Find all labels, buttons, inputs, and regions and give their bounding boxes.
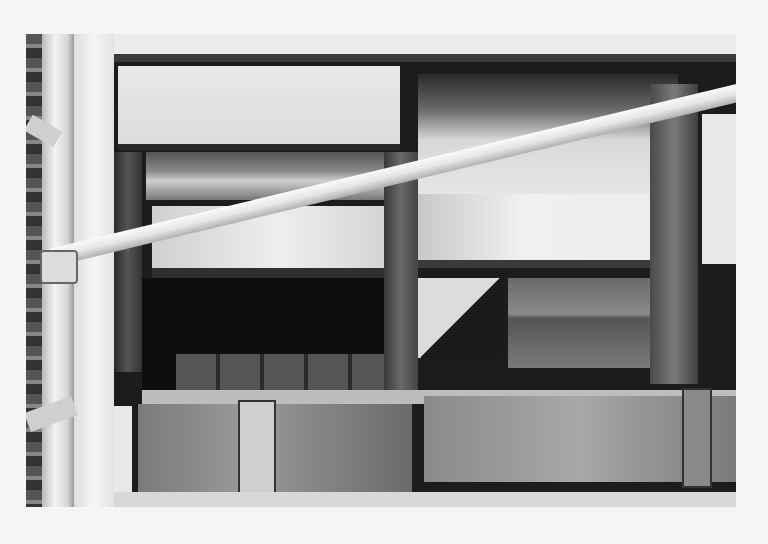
scaffold-pole-inner — [74, 34, 114, 507]
bottom-board — [114, 492, 736, 507]
top-rail — [114, 54, 736, 62]
middle-right-plank — [418, 194, 678, 268]
top-board — [114, 34, 736, 56]
pipe-clamp — [40, 250, 78, 284]
far-right-plank — [702, 114, 736, 264]
middle-post — [384, 152, 418, 402]
photograph — [26, 34, 736, 507]
left-strap — [238, 400, 276, 496]
right-block — [508, 278, 650, 368]
right-strap — [682, 388, 712, 488]
right-post — [650, 84, 698, 384]
wedge-block — [418, 278, 502, 358]
cavity-floor-planks — [176, 354, 384, 390]
photo-print — [0, 0, 768, 544]
upper-left-plank — [118, 66, 400, 150]
left-post — [114, 152, 142, 372]
